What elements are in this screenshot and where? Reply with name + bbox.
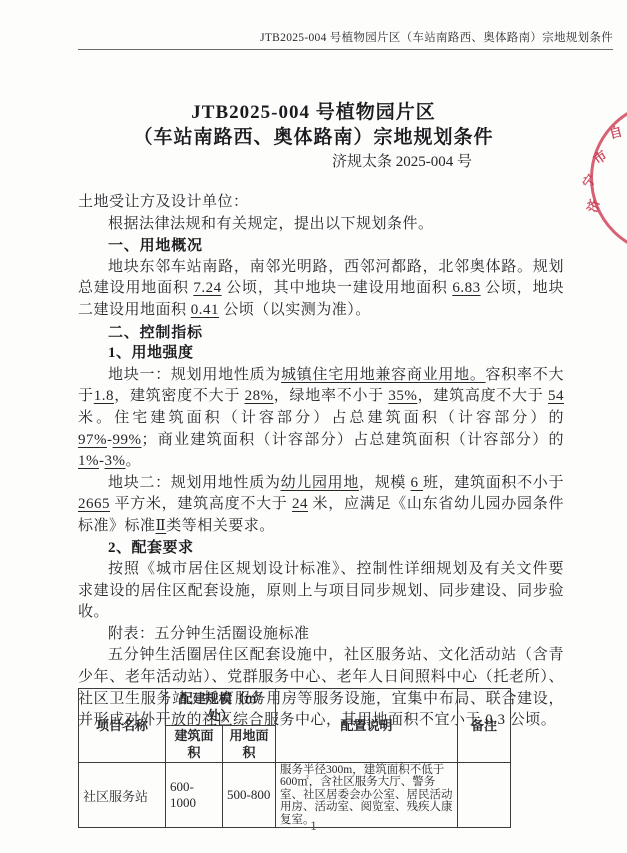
table-header-scale: 配建规模（㎡/处） (166, 689, 276, 726)
table-header-project: 项目名称 (79, 689, 166, 763)
document-title: JTB2025-004 号植物园片区 （车站南路西、奥体路南）宗地规划条件 (0, 100, 627, 150)
table-header-description: 配置说明 (276, 689, 458, 763)
sub1-heading: 1、用地强度 (78, 343, 564, 365)
salutation-line: 土地受让方及设计单位： (78, 192, 564, 214)
annex-table: 项目名称 配建规模（㎡/处） 配置说明 备注 建筑面积 用地面积 社区服务站 6… (78, 688, 511, 828)
block2-paragraph: 地块二：规划用地性质为幼儿园用地，规模 6 班，建筑面积不小于2665 平方米，… (78, 473, 564, 538)
page-number: 1 (0, 818, 627, 834)
sub2-heading: 2、配套要求 (78, 538, 564, 560)
document-title-line2: （车站南路西、奥体路南）宗地规划条件 (0, 125, 627, 150)
table-header-building-area: 建筑面积 (166, 726, 223, 763)
section1-paragraph: 地块东邻车站南路，南邻光明路，西邻河都路，北邻奥体路。规划总建设用地面积 7.2… (78, 257, 564, 322)
intro-paragraph: 根据法律法规和有关规定，提出以下规划条件。 (78, 214, 564, 236)
table-header-land-area: 用地面积 (223, 726, 276, 763)
running-header: JTB2025-004 号植物园片区（车站南路西、奥体路南）宗地规划条件 (78, 29, 613, 50)
support-paragraph: 按照《城市居住区规划设计标准》、控制性详细规划及有关文件要求建设的居住区配套设施… (78, 559, 564, 624)
block1-paragraph: 地块一：规划用地性质为城镇住宅用地兼容商业用地。容积率不大于1.8，建筑密度不大… (78, 365, 564, 473)
table-header-row-1: 项目名称 配建规模（㎡/处） 配置说明 备注 (79, 689, 511, 726)
document-body: 土地受让方及设计单位： 根据法律法规和有关规定，提出以下规划条件。 一、用地概况… (78, 192, 564, 732)
table-header-remark: 备注 (458, 689, 511, 763)
document-number: 济规太条 2025-004 号 (0, 150, 472, 171)
document-title-line1: JTB2025-004 号植物园片区 (0, 100, 627, 125)
annex-label: 附表：五分钟生活圈设施标准 (78, 624, 564, 646)
scanned-document-page: JTB2025-004 号植物园片区（车站南路西、奥体路南）宗地规划条件 JTB… (0, 0, 627, 853)
section1-heading: 一、用地概况 (78, 235, 564, 257)
section2-heading: 二、控制指标 (78, 322, 564, 344)
